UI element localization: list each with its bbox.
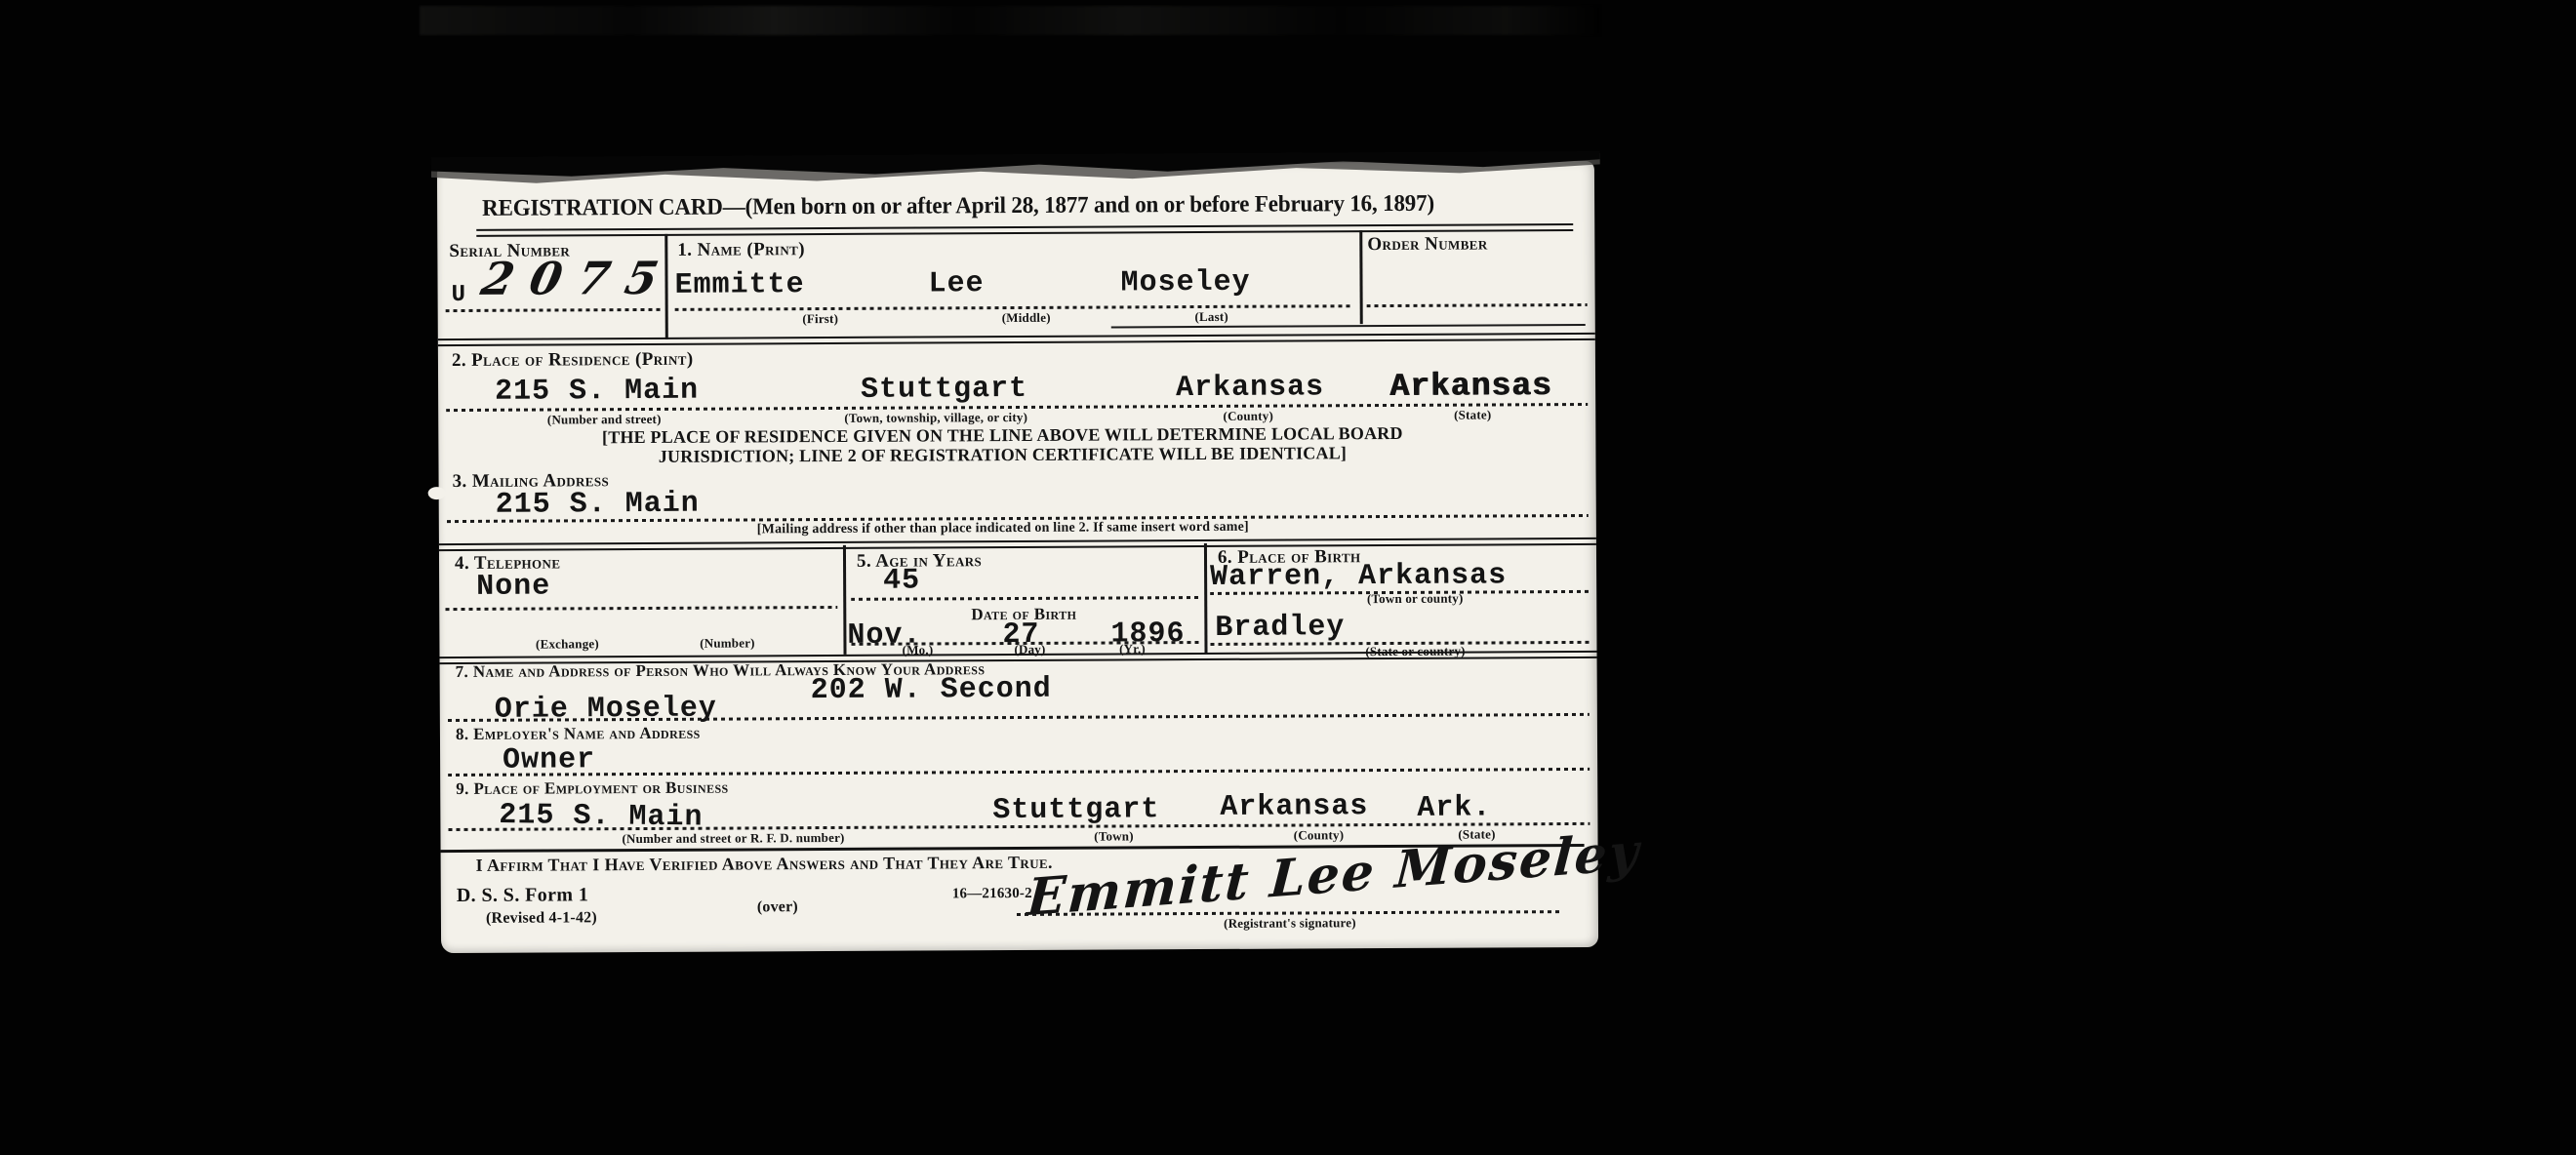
divider-tel-age [843, 545, 847, 655]
residence-street-value: 215 S. Main [495, 375, 699, 409]
serial-prefix: U [452, 282, 467, 308]
scan-background: REGISTRATION CARD—(Men born on or after … [0, 0, 2576, 1155]
contact-address-value: 202 W. Second [811, 673, 1052, 707]
employment-county-value: Arkansas [1220, 790, 1368, 824]
age-value: 45 [883, 565, 920, 598]
employment-city-value: Stuttgart [992, 793, 1159, 827]
residence-county-value: Arkansas [1176, 371, 1324, 405]
employment-state-value: Ark. [1417, 791, 1491, 824]
middle-sublabel: (Middle) [968, 310, 1085, 327]
name-middle-value: Lee [928, 267, 984, 300]
age-line [851, 596, 1198, 601]
divider-name-order [1359, 230, 1363, 324]
serial-line [446, 308, 663, 312]
employment-street-sublabel: (Number and street or R. F. D. number) [557, 830, 908, 848]
residence-state-value: Arkansas [1389, 368, 1552, 405]
card-title: REGISTRATION CARD—(Men born on or after … [482, 191, 1434, 222]
affirmation-text: I Affirm That I Have Verified Above Answ… [476, 853, 1053, 876]
employment-city-sublabel: (Town) [1055, 828, 1172, 845]
telephone-value: None [476, 571, 550, 604]
divider-age-birth [1204, 543, 1208, 653]
birth-town-sublabel: (Town or county) [1322, 590, 1508, 607]
signature-sublabel: (Registrant's signature) [1163, 915, 1417, 932]
residence-city-sublabel: (Town, township, village, or city) [789, 410, 1082, 427]
mailing-rule [439, 538, 1596, 551]
serial-number-value: 2075 [477, 252, 679, 305]
employment-county-sublabel: (County) [1260, 827, 1377, 844]
residence-city-value: Stuttgart [861, 373, 1027, 407]
form-number: D. S. S. Form 1 [457, 884, 589, 907]
residence-county-sublabel: (County) [1189, 408, 1307, 424]
mailing-value: 215 S. Main [496, 488, 700, 522]
form-revision: (Revised 4-1-42) [459, 909, 624, 928]
birth-town-value: Warren, Arkansas [1210, 559, 1507, 594]
order-line [1367, 303, 1588, 307]
paper-nub [428, 487, 446, 499]
order-number-label: Order Number [1367, 233, 1487, 256]
name-label: 1. Name (Print) [677, 239, 805, 261]
employment-label: 9. Place of Employment or Business [456, 778, 728, 799]
name-first-value: Emmitte [674, 268, 804, 302]
row1-rule [438, 333, 1595, 346]
birth-state-value: Bradley [1215, 611, 1345, 645]
residence-street-sublabel: (Number and street) [506, 412, 702, 428]
name-last-value: Moseley [1120, 266, 1250, 300]
first-sublabel: (First) [762, 311, 879, 328]
employer-line [448, 768, 1590, 777]
over-note: (over) [724, 898, 831, 917]
telephone-line [445, 606, 837, 611]
residence-label: 2. Place of Residence (Print) [452, 349, 694, 372]
exchange-sublabel: (Exchange) [503, 636, 630, 653]
number-sublabel: (Number) [664, 635, 790, 652]
last-sublabel: (Last) [1153, 309, 1270, 326]
residence-state-sublabel: (State) [1414, 407, 1531, 423]
registration-card: REGISTRATION CARD—(Men born on or after … [437, 161, 1598, 953]
employer-label: 8. Employer's Name and Address [456, 724, 701, 744]
